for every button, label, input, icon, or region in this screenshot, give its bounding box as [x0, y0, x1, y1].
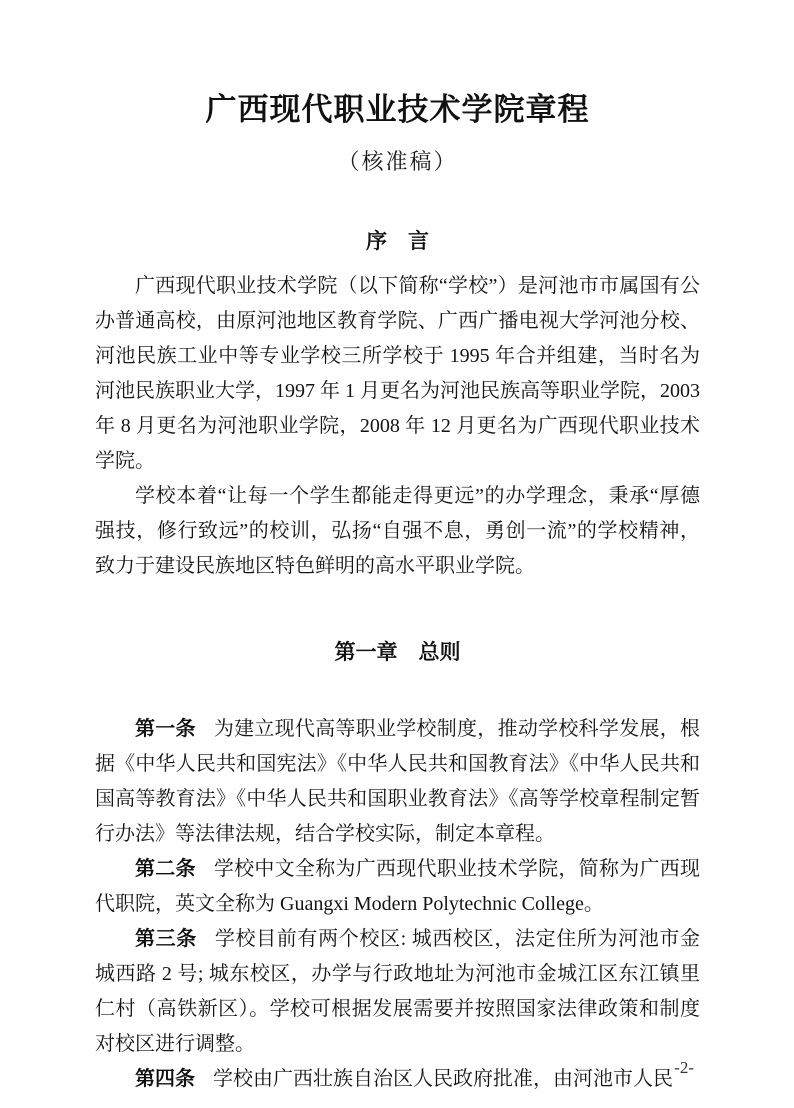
article-text: 学校由广西壮族自治区人民政府批准，由河池市人民: [213, 1068, 673, 1090]
document-page: 广西现代职业技术学院章程 （核准稿） 序 言 广西现代职业技术学院（以下简称“学…: [0, 0, 794, 1108]
preface-paragraph: 广西现代职业技术学院（以下简称“学校”）是河池市市属国有公办普通高校，由原河池地…: [95, 269, 700, 479]
article-number: 第一条: [135, 718, 196, 740]
article-paragraph: 第一条为建立现代高等职业学校制度，推动学校科学发展，根据《中华人民共和国宪法》《…: [95, 712, 700, 852]
chapter-heading: 第一章 总则: [95, 636, 700, 666]
article-paragraph: 第三条学校目前有两个校区: 城西校区，法定住所为河池市金城西路 2 号; 城东校…: [95, 922, 700, 1062]
article-paragraph: 第二条学校中文全称为广西现代职业技术学院，简称为广西现代职院，英文全称为 Gua…: [95, 852, 700, 922]
page-title: 广西现代职业技术学院章程: [95, 84, 700, 129]
article-number: 第二条: [135, 858, 196, 880]
article-paragraph: 第四条学校由广西壮族自治区人民政府批准，由河池市人民: [95, 1062, 700, 1097]
article-number: 第四条: [135, 1068, 195, 1090]
preface-paragraph: 学校本着“让每一个学生都能走得更远”的办学理念，秉承“厚德强技，修行致远”的校训…: [95, 479, 700, 584]
page-number: -2-: [674, 1058, 694, 1078]
page-subtitle: （核准稿）: [95, 145, 700, 176]
preface-heading: 序 言: [95, 225, 700, 255]
article-number: 第三条: [135, 928, 197, 950]
